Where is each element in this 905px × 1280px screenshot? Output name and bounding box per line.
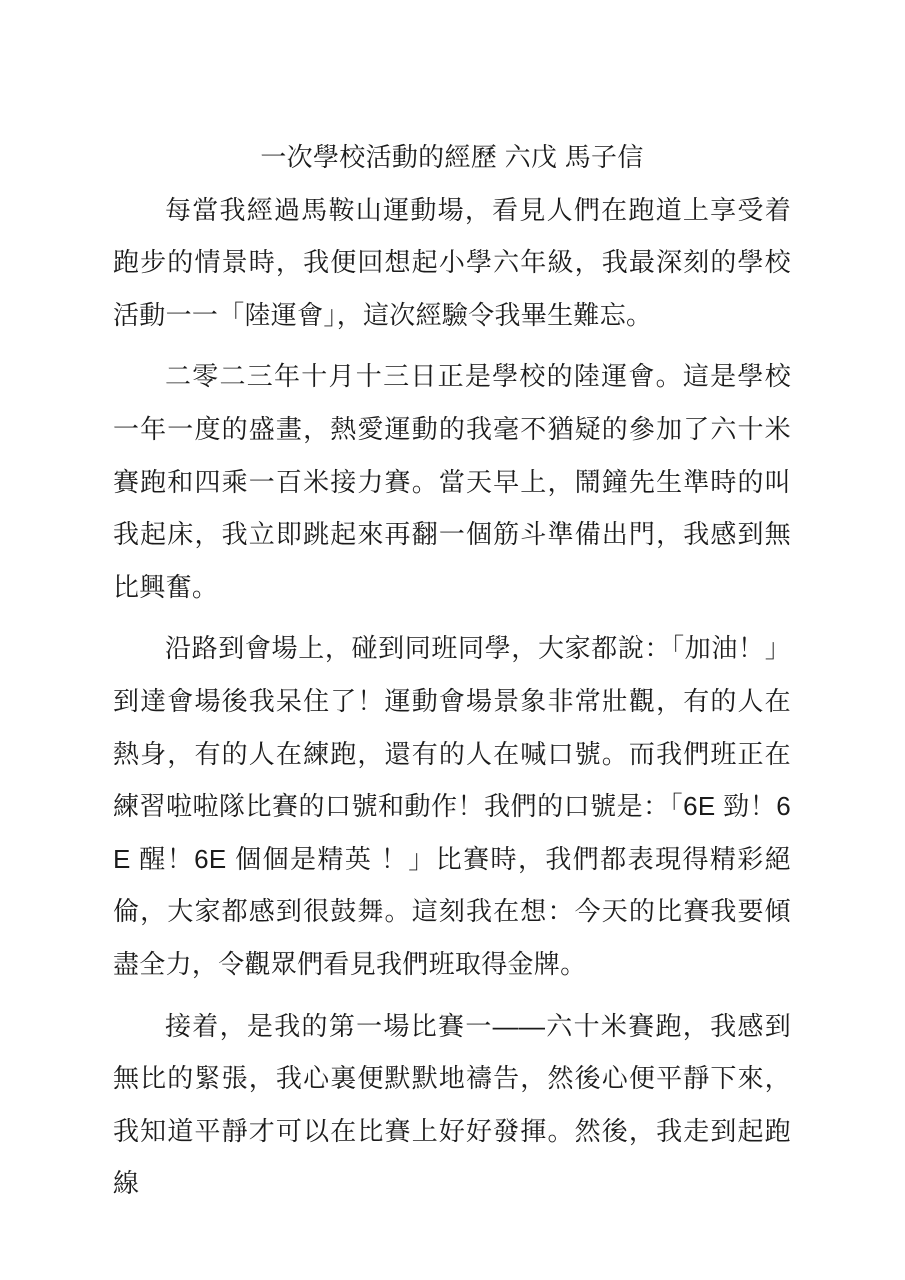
essay-body: 一次學校活動的經歷 六戊 馬子信 每當我經過馬鞍山運動場，看見人們在跑道上享受着… [113,131,791,1210]
essay-paragraph-3: 沿路到會場上，碰到同班同學，大家都說：「加油！」到達會場後我呆住了！運動會場景象… [113,622,791,990]
essay-paragraph-4: 接着，是我的第一場比賽一——六十米賽跑，我感到無比的緊張，我心裏便默默地禱告，然… [113,1000,791,1210]
document-page: 一次學校活動的經歷 六戊 馬子信 每當我經過馬鞍山運動場，看見人們在跑道上享受着… [0,0,905,1280]
essay-paragraph-1: 每當我經過馬鞍山運動場，看見人們在跑道上享受着跑步的情景時，我便回想起小學六年級… [113,184,791,342]
essay-paragraph-2: 二零二三年十月十三日正是學校的陸運會。這是學校一年一度的盛畫，熱愛運動的我毫不猶… [113,350,791,613]
essay-title: 一次學校活動的經歷 六戊 馬子信 [113,131,791,184]
